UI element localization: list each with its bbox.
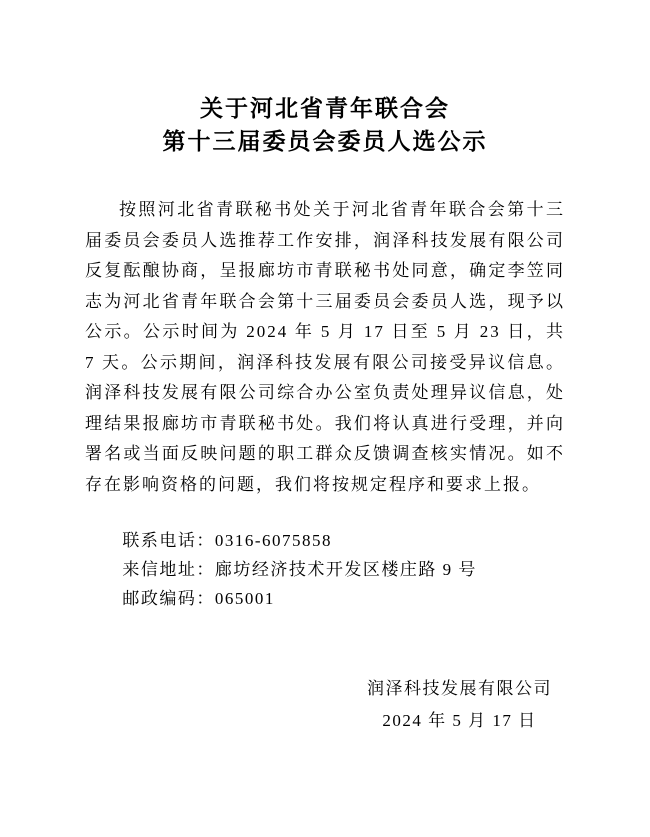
signature-company: 润泽科技发展有限公司 bbox=[367, 673, 552, 705]
document-title-line1: 关于河北省青年联合会 bbox=[85, 92, 565, 125]
document-page: 关于河北省青年联合会 第十三届委员会委员人选公示 按照河北省青联秘书处关于河北省… bbox=[0, 0, 650, 837]
signature-date: 2024 年 5 月 17 日 bbox=[367, 705, 552, 737]
contact-phone-row: 联系电话：0316-6075858 bbox=[122, 526, 565, 555]
contact-postcode-value: 065001 bbox=[215, 589, 275, 608]
document-title-line2: 第十三届委员会委员人选公示 bbox=[85, 125, 565, 158]
contact-address-row: 来信地址：廊坊经济技术开发区楼庄路 9 号 bbox=[122, 555, 565, 584]
signature-inner: 润泽科技发展有限公司 2024 年 5 月 17 日 bbox=[367, 673, 552, 737]
signature-block: 润泽科技发展有限公司 2024 年 5 月 17 日 bbox=[85, 673, 565, 737]
contact-block: 联系电话：0316-6075858 来信地址：廊坊经济技术开发区楼庄路 9 号 … bbox=[85, 526, 565, 613]
document-title: 关于河北省青年联合会 第十三届委员会委员人选公示 bbox=[85, 92, 565, 158]
document-body-paragraph: 按照河北省青联秘书处关于河北省青年联合会第十三届委员会委员人选推荐工作安排，润泽… bbox=[85, 195, 565, 500]
contact-postcode-label: 邮政编码： bbox=[122, 589, 215, 608]
contact-postcode-row: 邮政编码：065001 bbox=[122, 584, 565, 613]
contact-address-label: 来信地址： bbox=[122, 560, 215, 579]
contact-address-value: 廊坊经济技术开发区楼庄路 9 号 bbox=[215, 560, 477, 579]
contact-phone-label: 联系电话： bbox=[122, 531, 215, 550]
contact-phone-value: 0316-6075858 bbox=[215, 531, 332, 550]
